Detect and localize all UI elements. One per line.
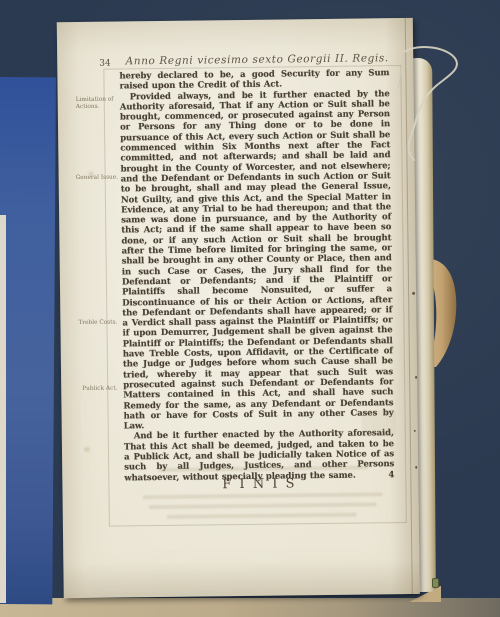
foxing-spot: [84, 447, 90, 452]
body-text: hereby declared to be, a good Security f…: [119, 68, 394, 483]
ink-speck: [414, 430, 416, 432]
page-number: 34: [99, 59, 111, 69]
margin-note-treble-costs: Treble Costs.: [78, 319, 124, 326]
book-cover-cloth: [0, 77, 56, 604]
margin-note-publick-act: Publick Act.: [82, 385, 128, 392]
paragraph-proviso: Provided always, and be it further enact…: [120, 89, 394, 432]
foxing-spot: [89, 172, 94, 176]
margin-note-limitation-of-actions: Limitation of Actions.: [76, 96, 122, 110]
ink-speck: [415, 376, 417, 379]
document-page: 34 Anno Regni vicesimo sexto Georgii II.…: [57, 18, 420, 598]
ink-speck: [415, 466, 417, 469]
margin-note-general-issue: General Issue.: [76, 174, 122, 181]
photo-background: 34 Anno Regni vicesimo sexto Georgii II.…: [0, 0, 500, 617]
showthrough-patch: [362, 410, 396, 436]
binding-pin: [432, 578, 439, 588]
page-edge-sliver: [0, 215, 6, 603]
ink-speck: [412, 292, 415, 295]
